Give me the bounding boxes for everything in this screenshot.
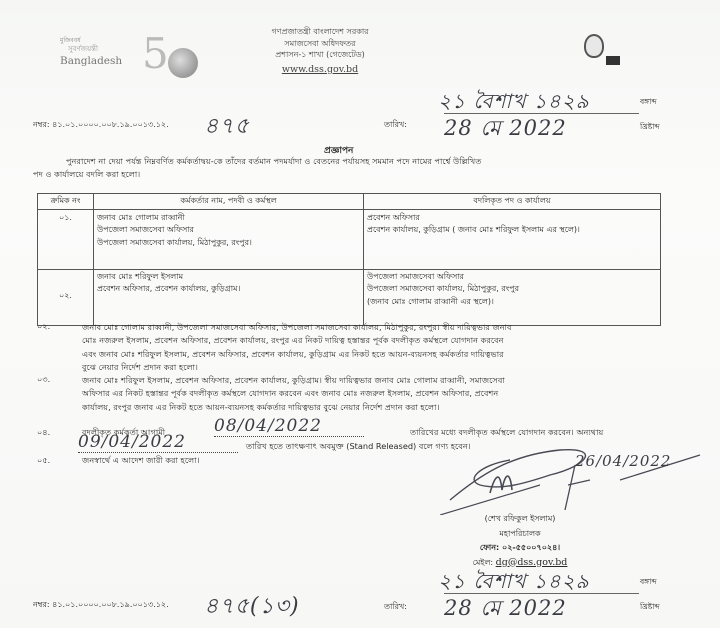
para-2-line: বুঝে নেয়ার নির্দেশ প্রদান করা হলো।: [82, 361, 710, 374]
row-posting: উপজেলা সমাজসেবা অফিসার উপজেলা সমাজসেবা ক…: [364, 269, 661, 325]
transfer-table: ক্রমিক নং কর্মকর্তার নাম, পদবী ও কর্মস্থ…: [37, 193, 661, 326]
table-header-row: ক্রমিক নং কর্মকর্তার নাম, পদবী ও কর্মস্থ…: [38, 194, 661, 210]
copy-memo-number-handwritten: ৪৭৫(১৩): [204, 589, 300, 626]
table-row: ০১. জনাব মোঃ গোলাম রাব্বানী উপজেলা সমাজস…: [38, 209, 661, 269]
officer-name: জনাব মোঃ শরিফুল ইসলাম: [97, 271, 360, 284]
intro-line-2: পদ ও কার্যালয়ে বদলি করা হলো।: [33, 169, 140, 182]
officer-workplace: উপজেলা সমাজসেবা কার্যালয়, মিঠাপুকুর, রং…: [97, 237, 360, 250]
email-label: মেইল:: [473, 558, 494, 567]
signatory-name: (শেখ রফিকুল ইসলাম): [440, 512, 600, 527]
officer-designation: প্রবেশন অফিসার, প্রবেশন কার্যালয়, কুড়ি…: [97, 283, 360, 296]
signature-block: (শেখ রফিকুল ইসলাম) মহাপরিচালক ফোন: ০২-৫৫…: [440, 512, 600, 570]
govt-name: গণপ্রজাতন্ত্রী বাংলাদেশ সরকার: [210, 26, 430, 38]
para-4-number: ০৪.: [37, 427, 50, 440]
para-2-line: এবং জনাব মোঃ শরিফুল ইসলাম, প্রবেশন অফিসা…: [82, 348, 710, 361]
mujib-borsho-portrait-icon: [578, 30, 623, 70]
copy-bongabdo-label: বঙ্গাব্দ: [640, 577, 657, 589]
posting-designation: উপজেলা সমাজসেবা অফিসার: [367, 271, 657, 284]
copy-date-label: তারিখ:: [384, 601, 407, 614]
logo-line-3: Bangladesh: [60, 55, 122, 67]
memo-number-label: নম্বর: ৪১.০১.০০০০.০০৮.১৯.০০১৩.১২.: [33, 119, 169, 132]
posting-replacement: (জনাব মোঃ গোলাম রাব্বানী এর স্থলে)।: [367, 296, 657, 309]
bangladesh-50-logo: মুজিববর্ষ সুবর্ণজয়ন্তী Bangladesh 5: [60, 30, 200, 80]
branch-name: প্রশাসন-১ শাখা (গেজেটেড): [210, 49, 430, 61]
signature-date-handwritten: 26/04/2022: [575, 452, 671, 470]
copy-khristabdo-label: খ্রিষ্টাব্দ: [640, 602, 660, 614]
copy-memo-number-label: নম্বর: ৪১.০১.০০০০.০০৮.১৯.০০১৩.১২.: [33, 599, 169, 612]
posting-designation: প্রবেশন অফিসার: [367, 212, 657, 225]
copy-date-english-handwritten: 28 মে 2022: [444, 592, 567, 627]
date-label: তারিখ:: [384, 119, 407, 132]
para-3-line: কার্যালয়, রংপুর জনাব এর নিকট হতে আয়ন-ব…: [82, 401, 710, 414]
officer-name: জনাব মোঃ গোলাম রাব্বানী: [97, 212, 360, 225]
table-row: ০২. জনাব মোঃ শরিফুল ইসলাম প্রবেশন অফিসার…: [38, 269, 661, 325]
para-2-line: মোঃ নজরুল ইসলাম, প্রবেশন অফিসার, প্রবেশন…: [82, 334, 710, 347]
posting-office: প্রবেশন কার্যালয়, কুড়িগ্রাম ( জনাব মোঃ…: [367, 224, 657, 237]
para-3-line: জনাব মোঃ শরিফুল ইসলাম, প্রবেশন অফিসার, প…: [82, 374, 710, 387]
row-posting: প্রবেশন অফিসার প্রবেশন কার্যালয়, কুড়িগ…: [364, 209, 661, 269]
row-serial: ০১.: [38, 209, 94, 269]
posting-office: উপজেলা সমাজসেবা কার্যালয়, মিঠাপুকুর, রং…: [367, 283, 657, 296]
logo-number: 5: [142, 33, 169, 75]
portrait-badge: [606, 56, 620, 65]
header-serial: ক্রমিক নং: [38, 194, 94, 210]
government-order-document: মুজিববর্ষ সুবর্ণজয়ন্তী Bangladesh 5 গণপ…: [0, 0, 720, 628]
khristabdo-label: খ্রিষ্টাব্দ: [640, 122, 660, 134]
para-5-text: জনস্বার্থে এ আদেশ জারী করা হলো।: [82, 455, 200, 468]
email-link[interactable]: dg@dss.gov.bd: [496, 557, 568, 568]
website-link[interactable]: www.dss.gov.bd: [210, 63, 430, 76]
memo-number-handwritten: ৪৭৫: [204, 109, 250, 146]
para-3-line: অফিসার এর নিকট হস্তান্তর পূর্বক বদলীকৃত …: [82, 387, 710, 400]
bongabdo-label: বঙ্গাব্দ: [640, 97, 657, 109]
row-officer: জনাব মোঃ গোলাম রাব্বানী উপজেলা সমাজসেবা …: [94, 209, 364, 269]
para-3-number: ০৩.: [37, 374, 50, 387]
letterhead: গণপ্রজাতন্ত্রী বাংলাদেশ সরকার সমাজসেবা অ…: [210, 26, 430, 76]
portrait-face: [584, 34, 604, 58]
para-3: জনাব মোঃ শরিফুল ইসলাম, প্রবেশন অফিসার, প…: [82, 374, 710, 414]
row-serial: ০২.: [38, 269, 94, 325]
officer-designation: উপজেলা সমাজসেবা অফিসার: [97, 224, 360, 237]
para-4-line-2-post: তারিখ হতে তাৎক্ষণাৎ অবমুক্ত (Stand Relea…: [246, 441, 471, 454]
para-2-number: ০২.: [37, 321, 50, 334]
para-5-number: ০৫.: [37, 455, 50, 468]
row-officer: জনাব মোঃ শরিফুল ইসলাম প্রবেশন অফিসার, প্…: [94, 269, 364, 325]
date-english-handwritten: 28 মে 2022: [444, 112, 567, 147]
department-name: সমাজসেবা অধিদফতর: [210, 38, 430, 50]
para-2: জনাব মোঃ গোলাম রাব্বানী, উপজেলা সমাজসেবা…: [82, 321, 710, 374]
logo-line-2: সুবর্ণজয়ন্তী: [68, 43, 98, 55]
header-posting: বদলিকৃত পদ ও কার্যালয়: [364, 194, 661, 210]
para-4-date-2-handwritten: 09/04/2022: [78, 432, 238, 453]
signatory-phone: ফোন: ০২-৫৫০০৭০২৪।: [440, 541, 600, 556]
header-officer: কর্মকর্তার নাম, পদবী ও কর্মস্থল: [94, 194, 364, 210]
signatory-designation: মহাপরিচালক: [440, 527, 600, 542]
intro-line-1: পুনরাদেশ না দেয়া পর্যন্ত নিম্নবর্ণিত কর…: [66, 156, 481, 169]
para-2-line: জনাব মোঃ গোলাম রাব্বানী, উপজেলা সমাজসেবা…: [82, 321, 710, 334]
para-4-line-1-post: তারিখের মধ্যে বদলীকৃত কর্মস্থলে যোগদান ক…: [410, 427, 603, 440]
bangladesh-50-globe-icon: [168, 48, 198, 78]
